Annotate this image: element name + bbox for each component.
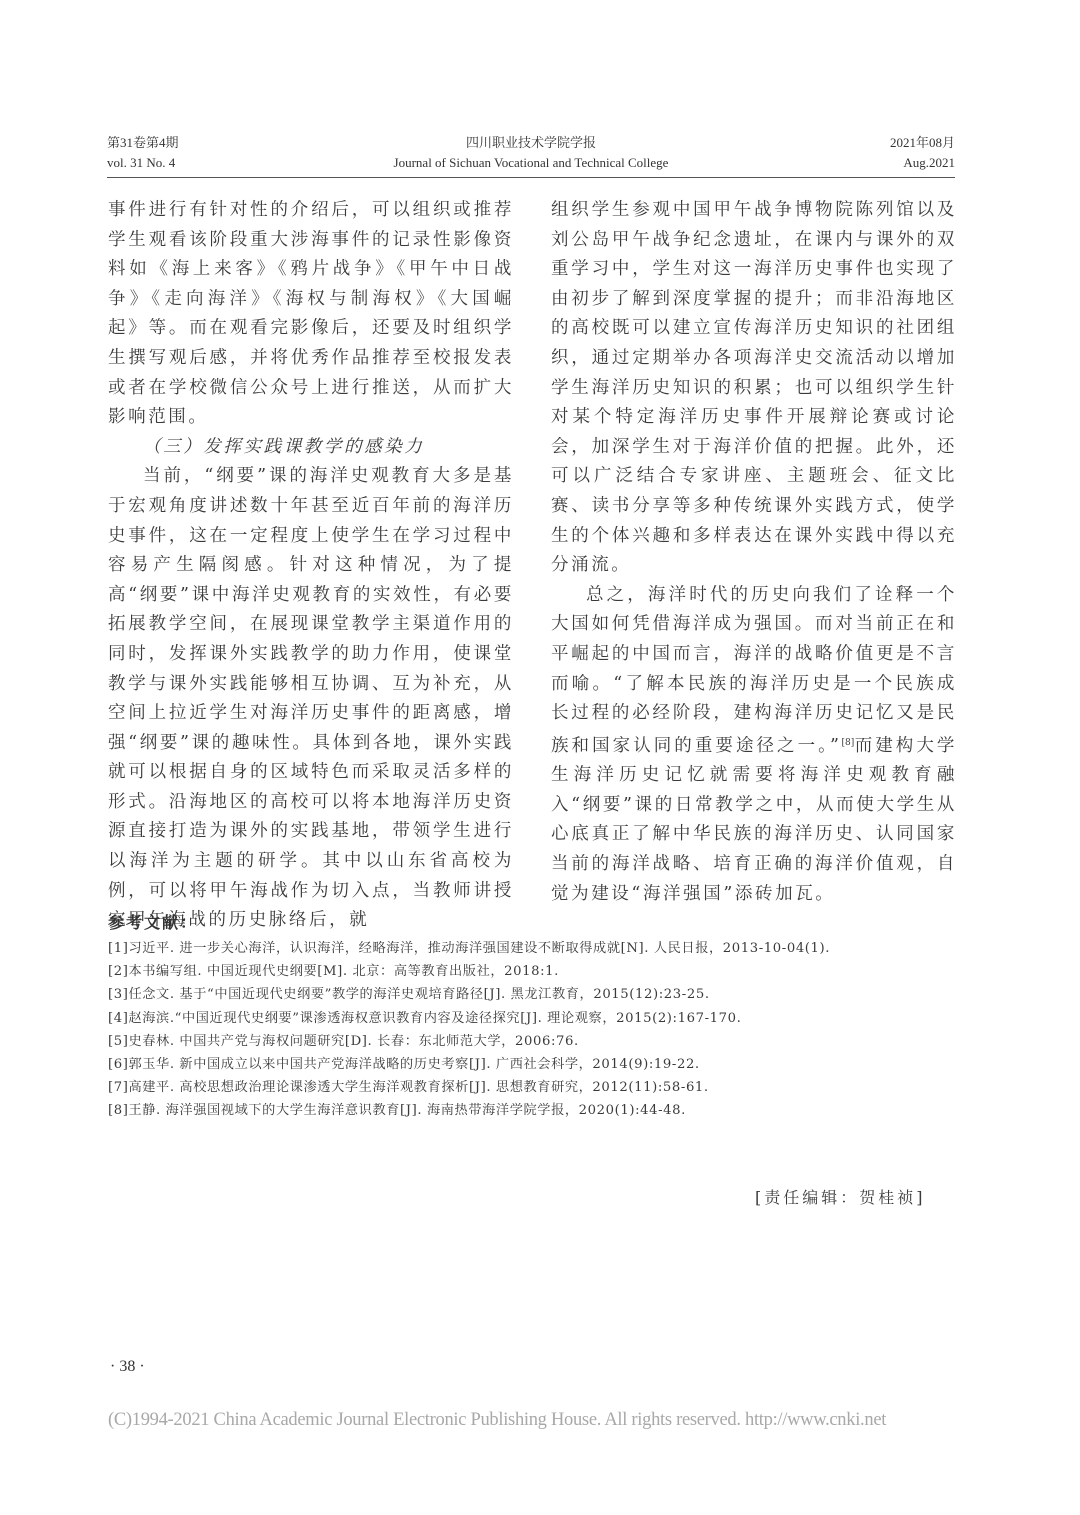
- references-title: 参考文献：: [108, 910, 968, 933]
- conclusion-paragraph: 总之，海洋时代的历史向我们了诠释一个大国如何凭借海洋成为强国。而对当前正在和平崛…: [551, 581, 957, 910]
- page-number: · 38 ·: [110, 1358, 145, 1376]
- paragraph: 组织学生参观中国甲午战争博物院陈列馆以及刘公岛甲午战争纪念遗址，在课内与课外的双…: [551, 196, 957, 581]
- citation-link[interactable]: [8]: [842, 738, 855, 748]
- reference-item: [8]王静. 海洋强国视域下的大学生海洋意识教育[J]. 海南热带海洋学院学报，…: [108, 1099, 968, 1122]
- reference-item: [6]郭玉华. 新中国成立以来中国共产党海洋战略的历史考察[J]. 广西社会科学…: [108, 1053, 968, 1076]
- references-section: 参考文献： [1]习近平. 进一步关心海洋，认识海洋，经略海洋，推动海洋强国建设…: [108, 910, 968, 1123]
- journal-title-en: Journal of Sichuan Vocational and Techni…: [107, 153, 955, 173]
- body-column-right: 组织学生参观中国甲午战争博物院陈列馆以及刘公岛甲午战争纪念遗址，在课内与课外的双…: [551, 196, 957, 909]
- reference-item: [1]习近平. 进一步关心海洋，认识海洋，经略海洋，推动海洋强国建设不断取得成就…: [108, 937, 968, 960]
- reference-item: [5]史春林. 中国共产党与海权问题研究[D]. 长春：东北师范大学，2006:…: [108, 1030, 968, 1053]
- reference-item: [7]高建平. 高校思想政治理论课渗透大学生海洋观教育探析[J]. 思想教育研究…: [108, 1076, 968, 1099]
- reference-item: [3]任念文. 基于“中国近现代史纲要”教学的海洋史观培育路径[J]. 黑龙江教…: [108, 983, 968, 1006]
- date-cn: 2021年08月: [890, 133, 955, 153]
- date-en: Aug.2021: [890, 153, 955, 173]
- section-subheading: （三）发挥实践课教学的感染力: [108, 433, 514, 463]
- header-date: 2021年08月 Aug.2021: [890, 133, 955, 173]
- body-column-left: 事件进行有针对性的介绍后，可以组织或推荐学生观看该阶段重大涉海事件的记录性影像资…: [108, 196, 514, 936]
- conclusion-text: 而建构大学生海洋历史记忆就需要将海洋史观教育融入“纲要”课的日常教学之中，从而使…: [551, 736, 957, 904]
- reference-item: [2]本书编写组. 中国近现代史纲要[M]. 北京：高等教育出版社，2018:1…: [108, 960, 968, 983]
- header-journal: 四川职业技术学院学报 Journal of Sichuan Vocational…: [107, 133, 955, 173]
- journal-title-cn: 四川职业技术学院学报: [107, 133, 955, 153]
- copyright-footer: (C)1994-2021 China Academic Journal Elec…: [108, 1410, 886, 1431]
- paragraph: 事件进行有针对性的介绍后，可以组织或推荐学生观看该阶段重大涉海事件的记录性影像资…: [108, 196, 514, 433]
- conclusion-text: 总之，海洋时代的历史向我们了诠释一个大国如何凭借海洋成为强国。而对当前正在和平崛…: [551, 585, 957, 756]
- running-header: 第31卷第4期 vol. 31 No. 4 四川职业技术学院学报 Journal…: [107, 133, 955, 178]
- editor-note: [责任编辑：贺桂祯]: [755, 1185, 926, 1208]
- reference-item: [4]赵海滨.“中国近现代史纲要”课渗透海权意识教育内容及途径探究[J]. 理论…: [108, 1007, 968, 1030]
- paragraph: 当前，“纲要”课的海洋史观教育大多是基于宏观角度讲述数十年甚至近百年前的海洋历史…: [108, 462, 514, 936]
